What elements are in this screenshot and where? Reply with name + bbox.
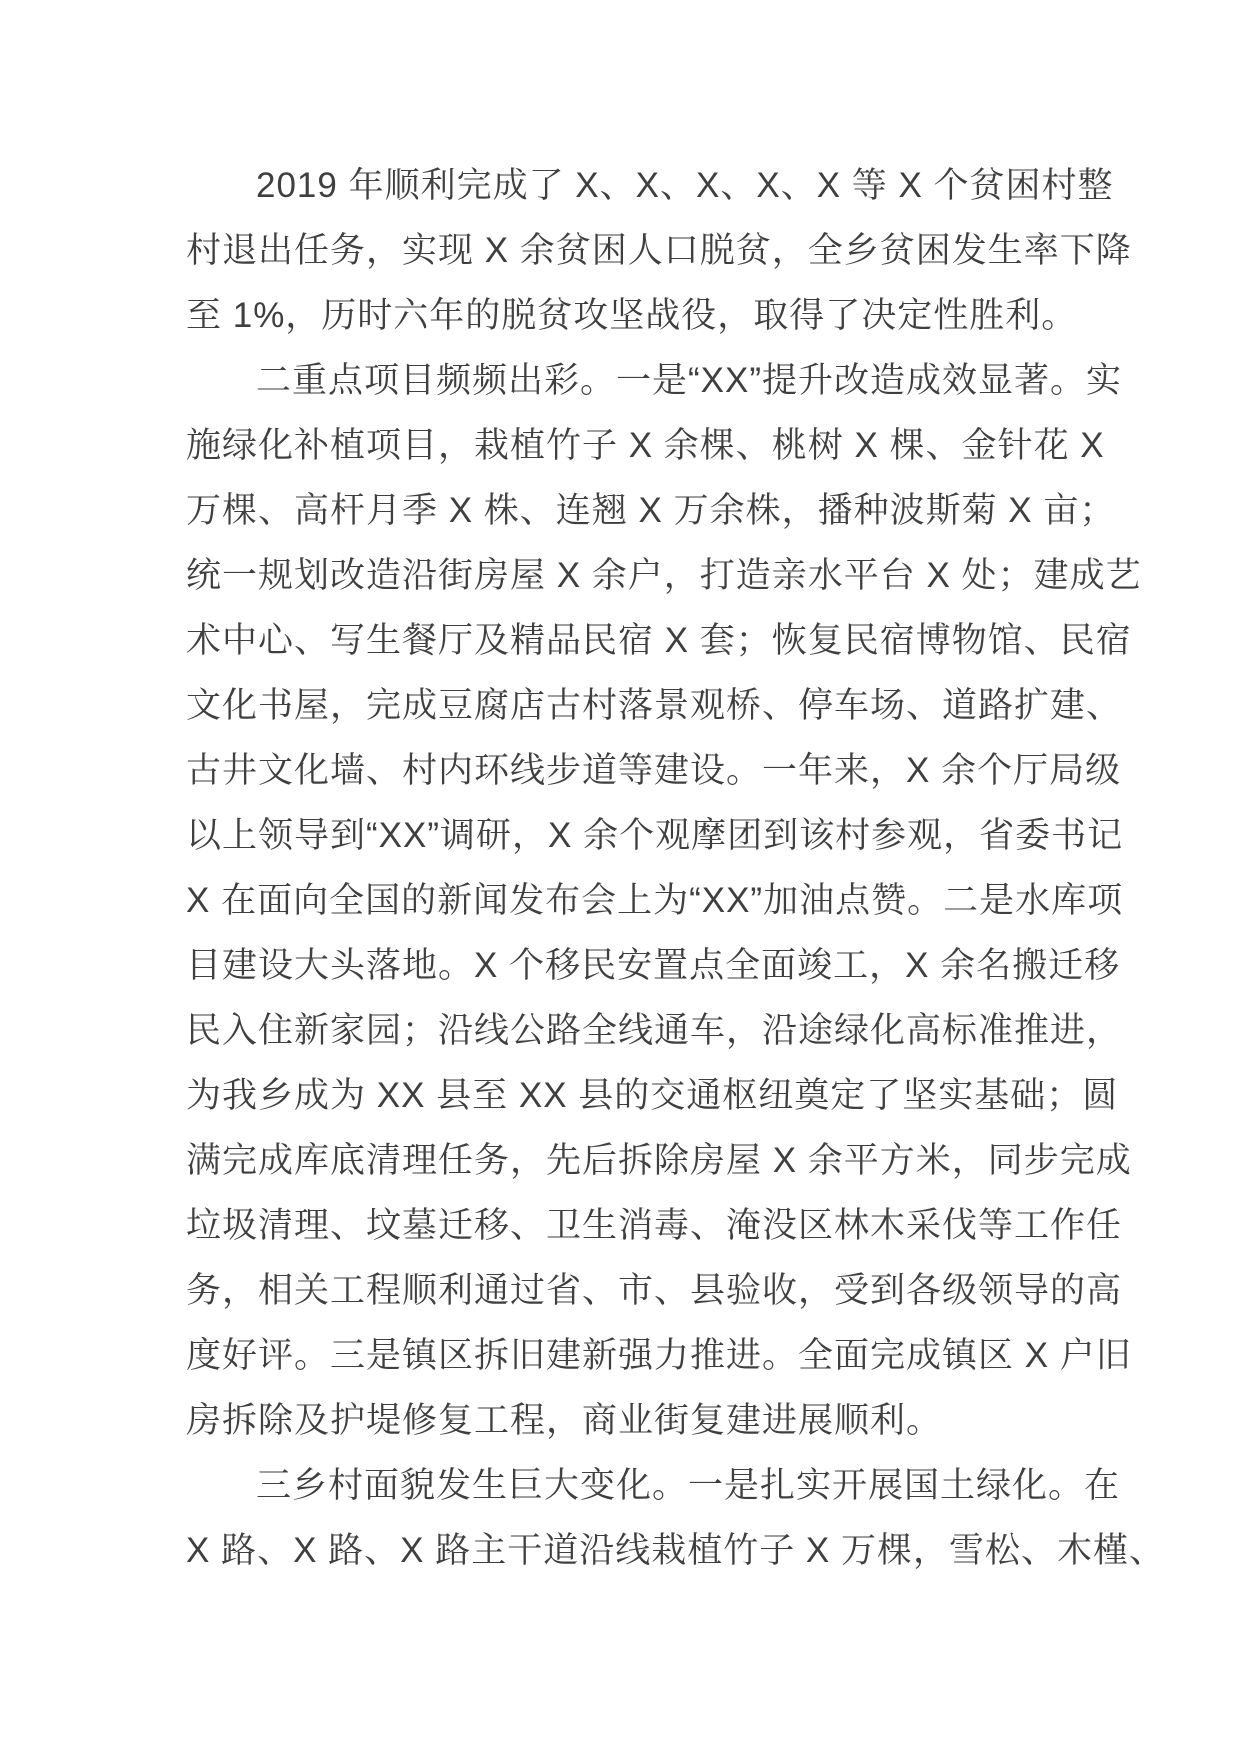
document-page: 2019 年顺利完成了 X、X、X、X、X 等 X 个贫困村整村退出任务，实现 … bbox=[0, 0, 1241, 1755]
text-line: 房拆除及护堤修复工程，商业街复建进展顺利。 bbox=[186, 1388, 1081, 1453]
text-line: 度好评。三是镇区拆旧建新强力推进。全面完成镇区 X 户旧 bbox=[186, 1323, 1081, 1388]
text-line: 施绿化补植项目，栽植竹子 X 余棵、桃树 X 棵、金针花 X bbox=[186, 413, 1081, 478]
text-line: 至 1%，历时六年的脱贫攻坚战役，取得了决定性胜利。 bbox=[186, 283, 1081, 348]
text-line: 二重点项目频频出彩。一是“XX”提升改造成效显著。实 bbox=[186, 348, 1081, 413]
text-line: 三乡村面貌发生巨大变化。一是扎实开展国土绿化。在 bbox=[186, 1453, 1081, 1518]
text-line: 垃圾清理、坟墓迁移、卫生消毒、淹没区林木采伐等工作任 bbox=[186, 1193, 1081, 1258]
text-line: 统一规划改造沿街房屋 X 余户，打造亲水平台 X 处；建成艺 bbox=[186, 543, 1081, 608]
text-line: 古井文化墙、村内环线步道等建设。一年来，X 余个厅局级 bbox=[186, 738, 1081, 803]
text-line: 民入住新家园；沿线公路全线通车，沿途绿化高标准推进， bbox=[186, 998, 1081, 1063]
text-line: 目建设大头落地。X 个移民安置点全面竣工，X 余名搬迁移 bbox=[186, 933, 1081, 998]
text-line: 以上领导到“XX”调研，X 余个观摩团到该村参观，省委书记 bbox=[186, 803, 1081, 868]
text-line: X 在面向全国的新闻发布会上为“XX”加油点赞。二是水库项 bbox=[186, 868, 1081, 933]
text-line: 为我乡成为 XX 县至 XX 县的交通枢纽奠定了坚实基础；圆 bbox=[186, 1063, 1081, 1128]
text-line: 2019 年顺利完成了 X、X、X、X、X 等 X 个贫困村整 bbox=[186, 153, 1081, 218]
text-line: 务，相关工程顺利通过省、市、县验收，受到各级领导的高 bbox=[186, 1258, 1081, 1323]
text-line: 村退出任务，实现 X 余贫困人口脱贫，全乡贫困发生率下降 bbox=[186, 218, 1081, 283]
text-line: 文化书屋，完成豆腐店古村落景观桥、停车场、道路扩建、 bbox=[186, 673, 1081, 738]
text-line: 术中心、写生餐厅及精品民宿 X 套；恢复民宿博物馆、民宿 bbox=[186, 608, 1081, 673]
text-line: 万棵、高杆月季 X 株、连翘 X 万余株，播种波斯菊 X 亩； bbox=[186, 478, 1081, 543]
text-line: X 路、X 路、X 路主干道沿线栽植竹子 X 万棵，雪松、木槿、 bbox=[186, 1518, 1081, 1583]
text-line: 满完成库底清理任务，先后拆除房屋 X 余平方米，同步完成 bbox=[186, 1128, 1081, 1193]
document-content: 2019 年顺利完成了 X、X、X、X、X 等 X 个贫困村整村退出任务，实现 … bbox=[186, 153, 1081, 1583]
